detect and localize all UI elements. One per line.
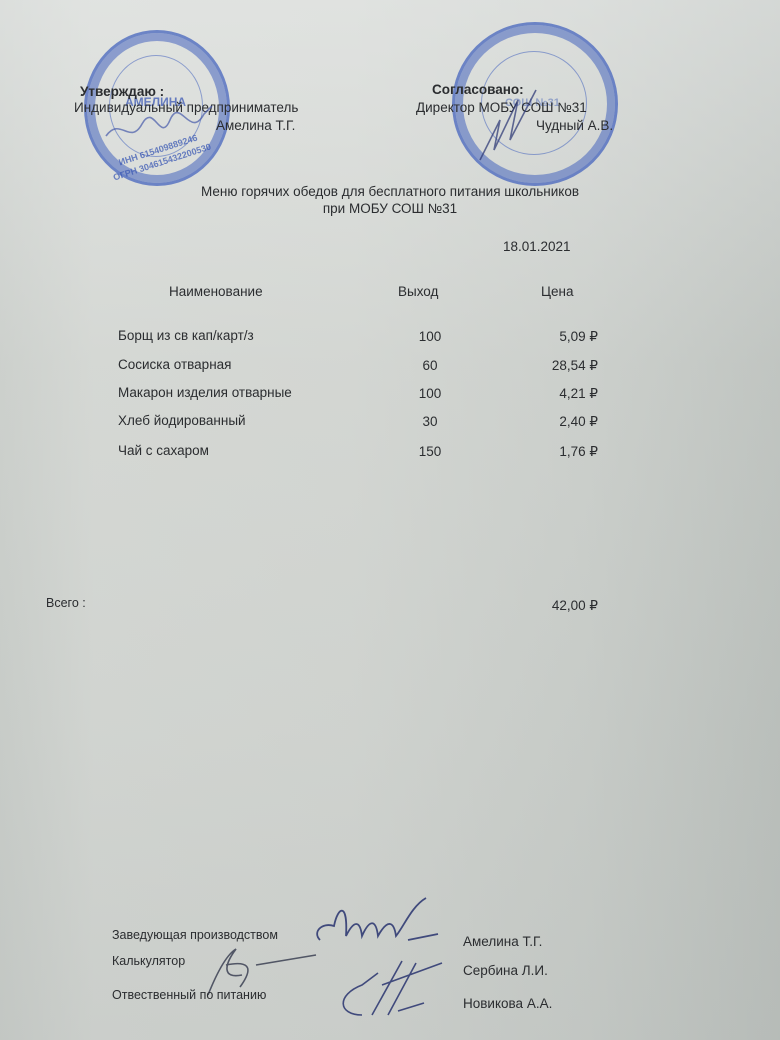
signature-approve: [100, 96, 220, 156]
row-name: Сосиска отварная: [118, 357, 231, 372]
row-name: Хлеб йодированный: [118, 413, 246, 428]
row-qty: 100: [400, 329, 460, 344]
header-price: Цена: [541, 284, 573, 299]
row-price: 1,76 ₽: [480, 444, 598, 460]
row-price: 28,54 ₽: [480, 358, 598, 374]
row-price: 4,21 ₽: [480, 386, 598, 402]
row-qty: 150: [400, 444, 460, 459]
signature-name: Новикова А.А.: [463, 996, 552, 1011]
row-qty: 30: [400, 414, 460, 429]
signature-role: Заведующая производством: [112, 928, 278, 942]
approve-name: Амелина Т.Г.: [216, 118, 295, 133]
signature-name: Сербина Л.И.: [463, 963, 548, 978]
total-label: Всего :: [46, 596, 86, 610]
document-page: АМЕЛИНА ИНН 615409889246 ОГРН 3046154322…: [0, 0, 780, 1040]
signature-production-head: [308, 896, 448, 956]
header-name: Наименование: [169, 284, 263, 299]
signature-role: Отвественный по питанию: [112, 988, 266, 1002]
row-name: Борщ из св кап/карт/з: [118, 328, 254, 343]
signature-agree: [470, 80, 550, 170]
title-line-2: при МОБУ СОШ №31: [0, 201, 780, 216]
signature-name: Амелина Т.Г.: [463, 934, 542, 949]
row-name: Макарон изделия отварные: [118, 385, 292, 400]
title-line-1: Меню горячих обедов для бесплатного пита…: [0, 184, 780, 199]
row-qty: 60: [400, 358, 460, 373]
row-price: 5,09 ₽: [480, 329, 598, 345]
menu-date: 18.01.2021: [503, 239, 571, 254]
signature-nutrition: [332, 955, 452, 1025]
total-value: 42,00 ₽: [480, 598, 598, 614]
row-qty: 100: [400, 386, 460, 401]
header-qty: Выход: [398, 284, 438, 299]
row-name: Чай с сахаром: [118, 443, 209, 458]
signature-role: Калькулятор: [112, 954, 185, 968]
row-price: 2,40 ₽: [480, 414, 598, 430]
